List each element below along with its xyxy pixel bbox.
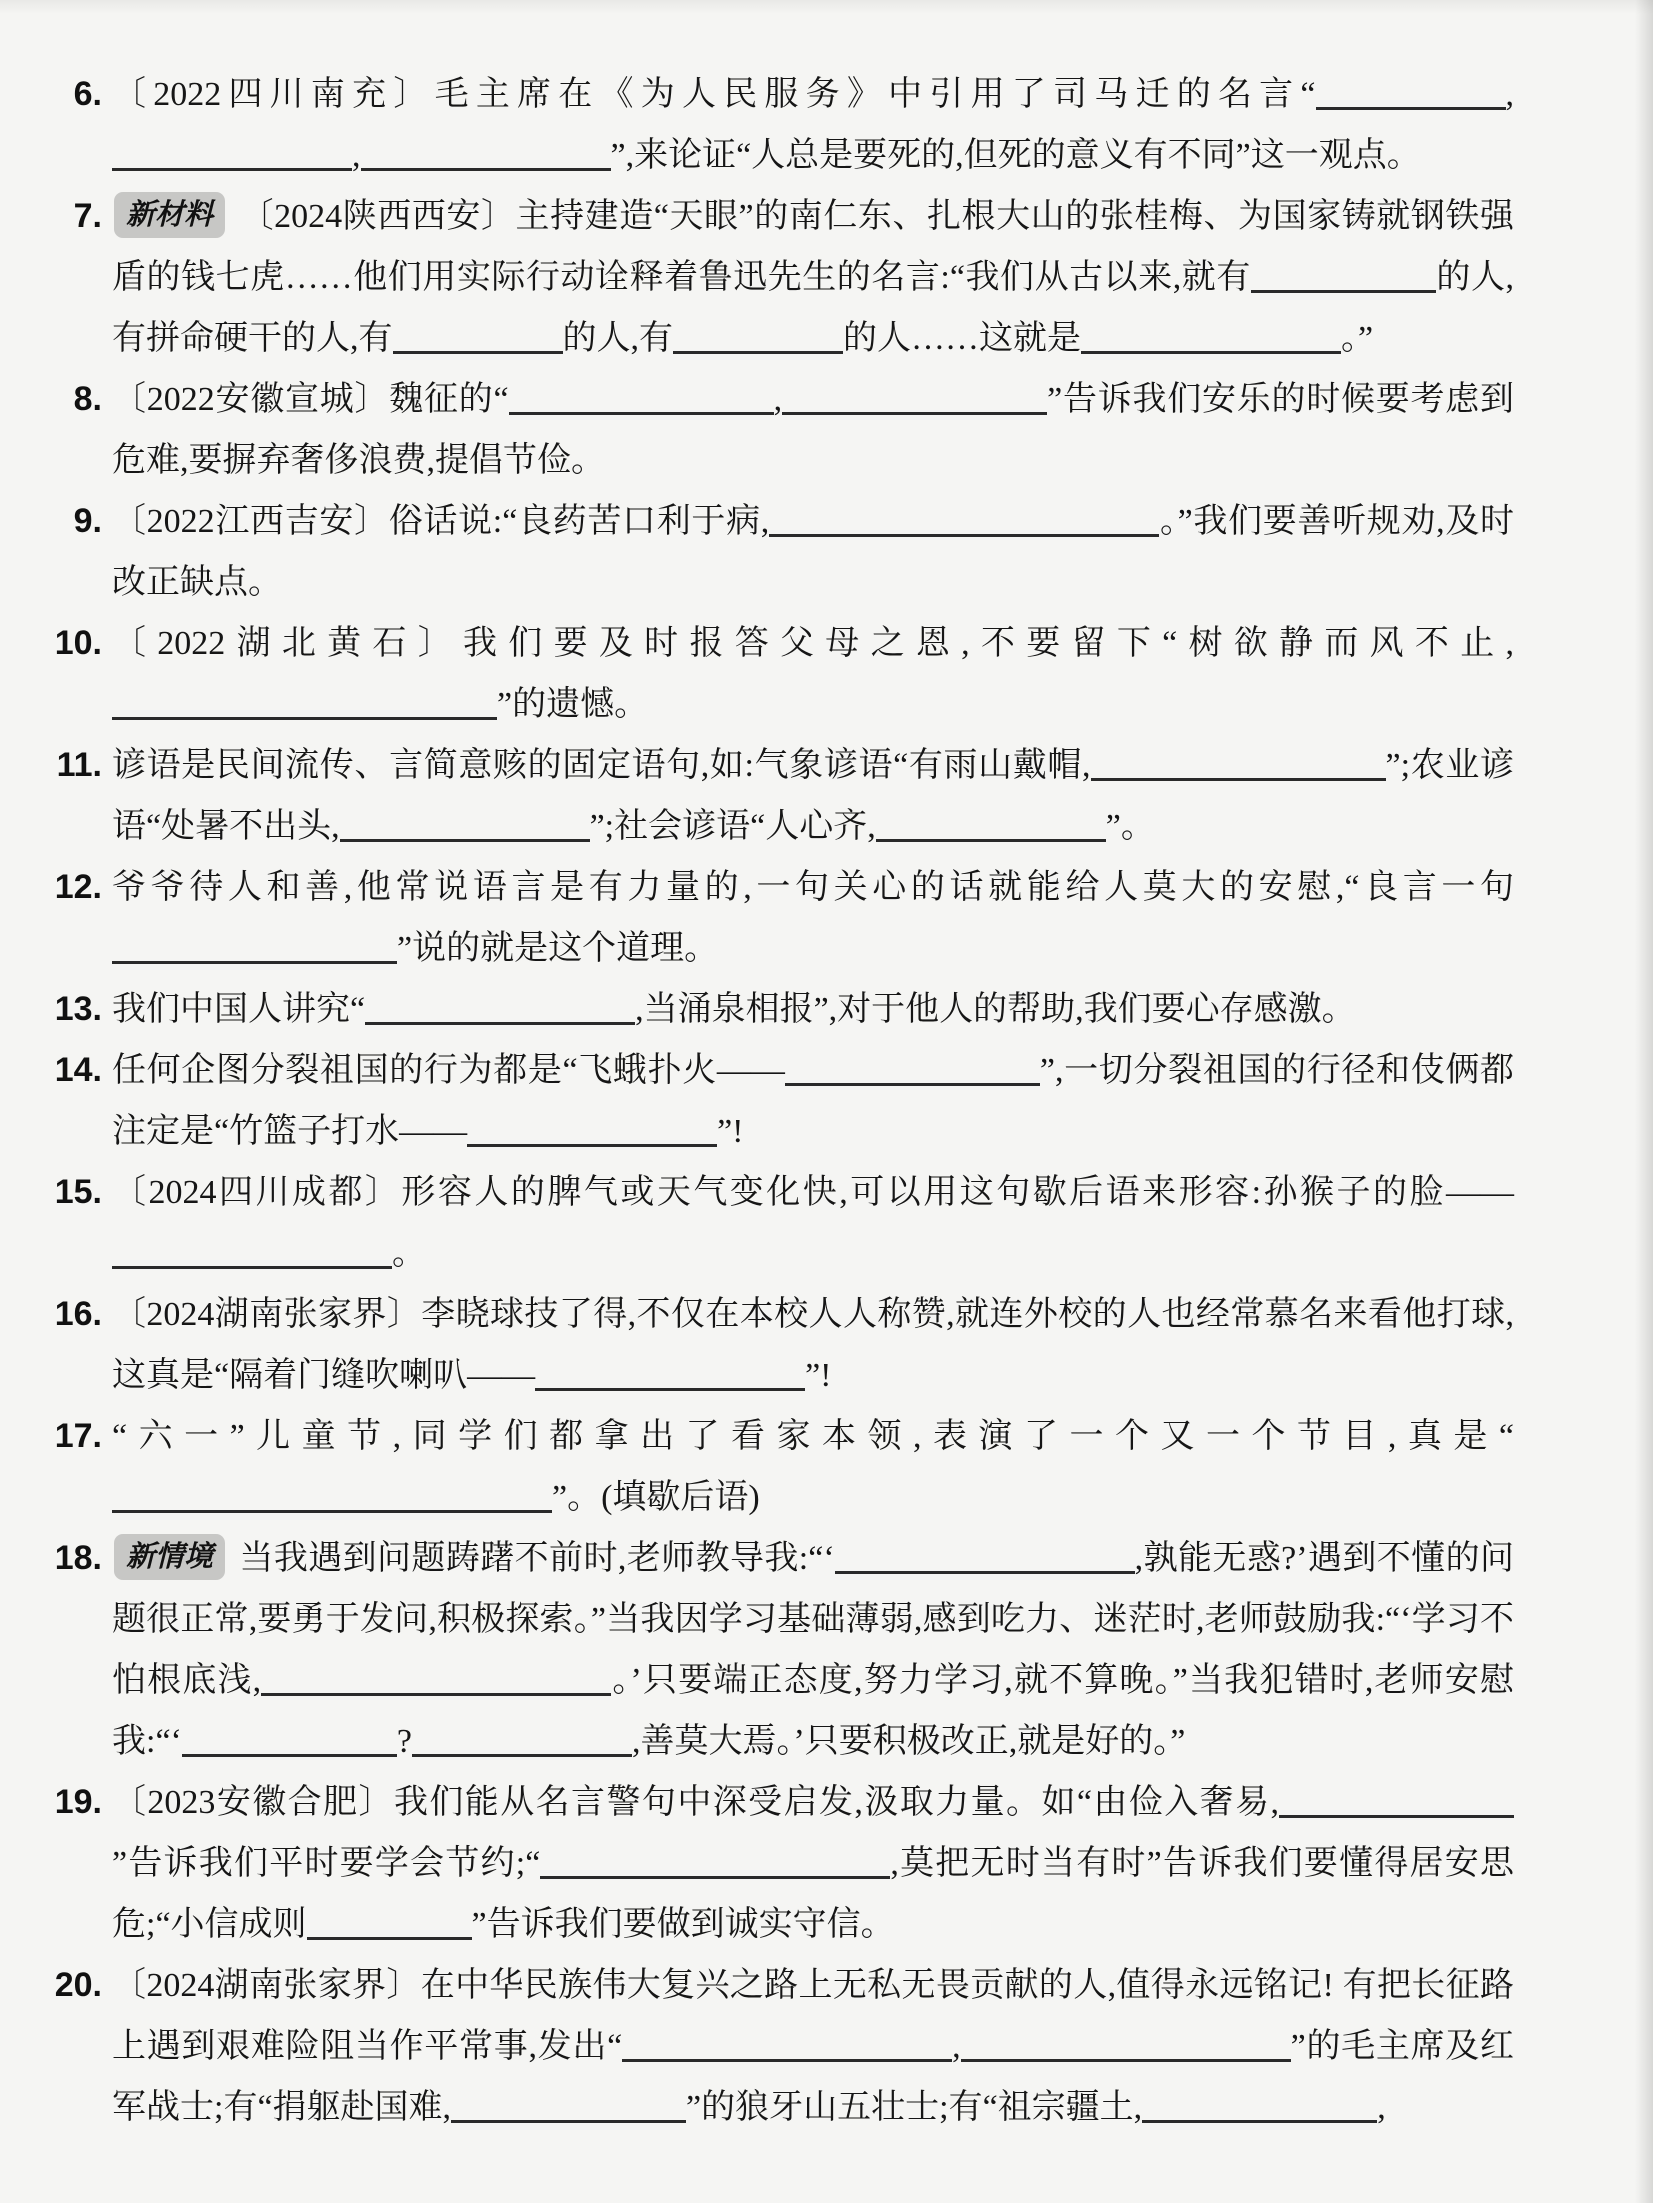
question-text: ”告诉我们平时要学会节约;“ — [112, 1845, 540, 1882]
fill-in-blank[interactable] — [835, 1541, 1135, 1574]
fill-in-blank[interactable] — [182, 1724, 397, 1757]
question-text: , — [1506, 76, 1515, 113]
fill-in-blank[interactable] — [1081, 321, 1341, 354]
worksheet-page: 6.〔2022四川南充〕毛主席在《为人民服务》中引用了司马迁的名言“,,”,来论… — [0, 0, 1653, 2203]
question-text: ”说的就是这个道理。 — [397, 930, 718, 967]
question-text: 〔2022湖北黄石〕我们要及时报答父母之恩,不要留下“树欲静而风不止, — [112, 625, 1514, 662]
question-text: 。” — [1341, 320, 1373, 357]
fill-in-blank[interactable] — [540, 1846, 890, 1879]
question-text: , — [1377, 2089, 1386, 2126]
question-13: 13.我们中国人讲究“,当涌泉相报”,对于他人的帮助,我们要心存感激。 — [112, 979, 1514, 1040]
question-text: 谚语是民间流传、言简意赅的固定语句,如:气象谚语“有雨山戴帽, — [112, 747, 1091, 784]
question-text: “六一”儿童节,同学们都拿出了看家本领,表演了一个又一个节目,真是“ — [112, 1418, 1514, 1455]
question-text: 任何企图分裂祖国的行为都是“飞蛾扑火—— — [112, 1052, 785, 1089]
question-number: 10. — [55, 613, 112, 674]
question-16: 16.〔2024湖南张家界〕李晓球技了得,不仅在本校人人称赞,就连外校的人也经常… — [112, 1284, 1514, 1406]
fill-in-blank[interactable] — [261, 1663, 611, 1696]
question-text: , — [952, 2028, 961, 2065]
question-text: ”,来论证“人总是要死的,但死的意义有不同”这一观点。 — [611, 137, 1421, 174]
question-number: 6. — [74, 64, 112, 125]
question-text: 〔2022江西吉安〕俗话说:“良药苦口利于病, — [112, 503, 769, 540]
fill-in-blank[interactable] — [1142, 2090, 1377, 2123]
question-text: , — [774, 381, 783, 418]
fill-in-blank[interactable] — [1279, 1785, 1514, 1818]
question-text: ”。 — [1106, 808, 1155, 845]
question-text: 〔2022安徽宣城〕魏征的“ — [112, 381, 509, 418]
fill-in-blank[interactable] — [622, 2029, 952, 2062]
question-text: 的人,有 — [563, 320, 674, 357]
question-list: 6.〔2022四川南充〕毛主席在《为人民服务》中引用了司马迁的名言“,,”,来论… — [112, 64, 1514, 2138]
fill-in-blank[interactable] — [1091, 748, 1386, 781]
fill-in-blank[interactable] — [673, 321, 843, 354]
fill-in-blank[interactable] — [393, 321, 563, 354]
fill-in-blank[interactable] — [365, 992, 635, 1025]
fill-in-blank[interactable] — [361, 138, 611, 171]
question-text: ”! — [717, 1113, 743, 1150]
question-text: , — [352, 137, 361, 174]
question-10: 10.〔2022湖北黄石〕我们要及时报答父母之恩,不要留下“树欲静而风不止,”的… — [112, 613, 1514, 735]
fill-in-blank[interactable] — [1316, 77, 1506, 110]
question-9: 9.〔2022江西吉安〕俗话说:“良药苦口利于病,。”我们要善听规劝,及时改正缺… — [112, 491, 1514, 613]
fill-in-blank[interactable] — [112, 687, 497, 720]
question-8: 8.〔2022安徽宣城〕魏征的“,”告诉我们安乐的时候要考虑到危难,要摒弃奢侈浪… — [112, 369, 1514, 491]
fill-in-blank[interactable] — [412, 1724, 632, 1757]
question-number: 16. — [55, 1284, 112, 1345]
question-number: 15. — [55, 1162, 112, 1223]
question-number: 17. — [55, 1406, 112, 1467]
question-text: 〔2024四川成都〕形容人的脾气或天气变化快,可以用这句歇后语来形容:孙猴子的脸… — [112, 1174, 1514, 1211]
question-18: 18.新情境当我遇到问题踌躇不前时,老师教导我:“‘,孰能无惑?’遇到不懂的问题… — [112, 1528, 1514, 1772]
question-12: 12.爷爷待人和善,他常说语言是有力量的,一句关心的话就能给人莫大的安慰,“良言… — [112, 857, 1514, 979]
question-number: 7. — [74, 186, 112, 247]
question-text: ,善莫大焉。’只要积极改正,就是好的。” — [632, 1723, 1185, 1760]
question-number: 8. — [74, 369, 112, 430]
question-7: 7.新材料〔2024陕西西安〕主持建造“天眼”的南仁东、扎根大山的张桂梅、为国家… — [112, 186, 1514, 369]
question-6: 6.〔2022四川南充〕毛主席在《为人民服务》中引用了司马迁的名言“,,”,来论… — [112, 64, 1514, 186]
question-11: 11.谚语是民间流传、言简意赅的固定语句,如:气象谚语“有雨山戴帽,”;农业谚语… — [112, 735, 1514, 857]
badge-new-situation: 新情境 — [114, 1534, 225, 1580]
question-text: ”。(填歇后语) — [552, 1479, 760, 1516]
question-15: 15.〔2024四川成都〕形容人的脾气或天气变化快,可以用这句歇后语来形容:孙猴… — [112, 1162, 1514, 1284]
fill-in-blank[interactable] — [112, 931, 397, 964]
fill-in-blank[interactable] — [509, 382, 774, 415]
question-number: 9. — [74, 491, 112, 552]
question-text: 我们中国人讲究“ — [112, 991, 365, 1028]
question-text: 的人……这就是 — [843, 320, 1081, 357]
fill-in-blank[interactable] — [769, 504, 1159, 537]
fill-in-blank[interactable] — [112, 1236, 392, 1269]
question-text: 爷爷待人和善,他常说语言是有力量的,一句关心的话就能给人莫大的安慰,“良言一句 — [112, 869, 1514, 906]
question-text: 。 — [392, 1235, 426, 1272]
question-text: ”;社会谚语“人心齐, — [590, 808, 876, 845]
fill-in-blank[interactable] — [785, 1053, 1040, 1086]
question-text: ,当涌泉相报”,对于他人的帮助,我们要心存感激。 — [635, 991, 1356, 1028]
question-number: 18. — [55, 1528, 112, 1589]
question-number: 20. — [55, 1955, 112, 2016]
question-text: ”! — [805, 1357, 831, 1394]
question-text: ”的遗憾。 — [497, 686, 648, 723]
question-text: ”告诉我们要做到诚实守信。 — [472, 1906, 895, 1943]
fill-in-blank[interactable] — [112, 1480, 552, 1513]
question-14: 14.任何企图分裂祖国的行为都是“飞蛾扑火——”,一切分裂祖国的行径和伎俩都注定… — [112, 1040, 1514, 1162]
question-text: 当我遇到问题踌躇不前时,老师教导我:“‘ — [239, 1540, 835, 1577]
fill-in-blank[interactable] — [307, 1907, 472, 1940]
question-text: 〔2022四川南充〕毛主席在《为人民服务》中引用了司马迁的名言“ — [112, 76, 1316, 113]
fill-in-blank[interactable] — [112, 138, 352, 171]
badge-new-material: 新材料 — [114, 192, 225, 238]
question-number: 13. — [55, 979, 112, 1040]
fill-in-blank[interactable] — [1251, 260, 1436, 293]
question-17: 17.“六一”儿童节,同学们都拿出了看家本领,表演了一个又一个节目,真是“”。(… — [112, 1406, 1514, 1528]
fill-in-blank[interactable] — [961, 2029, 1291, 2062]
fill-in-blank[interactable] — [451, 2090, 686, 2123]
question-number: 19. — [55, 1772, 112, 1833]
question-text: ”的狼牙山五壮士;有“祖宗疆土, — [686, 2089, 1142, 2126]
fill-in-blank[interactable] — [782, 382, 1047, 415]
question-number: 14. — [55, 1040, 112, 1101]
question-text: ? — [397, 1723, 412, 1760]
fill-in-blank[interactable] — [535, 1358, 805, 1391]
question-number: 12. — [55, 857, 112, 918]
question-20: 20.〔2024湖南张家界〕在中华民族伟大复兴之路上无私无畏贡献的人,值得永远铭… — [112, 1955, 1514, 2138]
question-19: 19.〔2023安徽合肥〕我们能从名言警句中深受启发,汲取力量。如“由俭入奢易,… — [112, 1772, 1514, 1955]
fill-in-blank[interactable] — [467, 1114, 717, 1147]
question-number: 11. — [57, 735, 112, 796]
fill-in-blank[interactable] — [876, 809, 1106, 842]
fill-in-blank[interactable] — [340, 809, 590, 842]
question-text: 〔2023安徽合肥〕我们能从名言警句中深受启发,汲取力量。如“由俭入奢易, — [112, 1784, 1279, 1821]
